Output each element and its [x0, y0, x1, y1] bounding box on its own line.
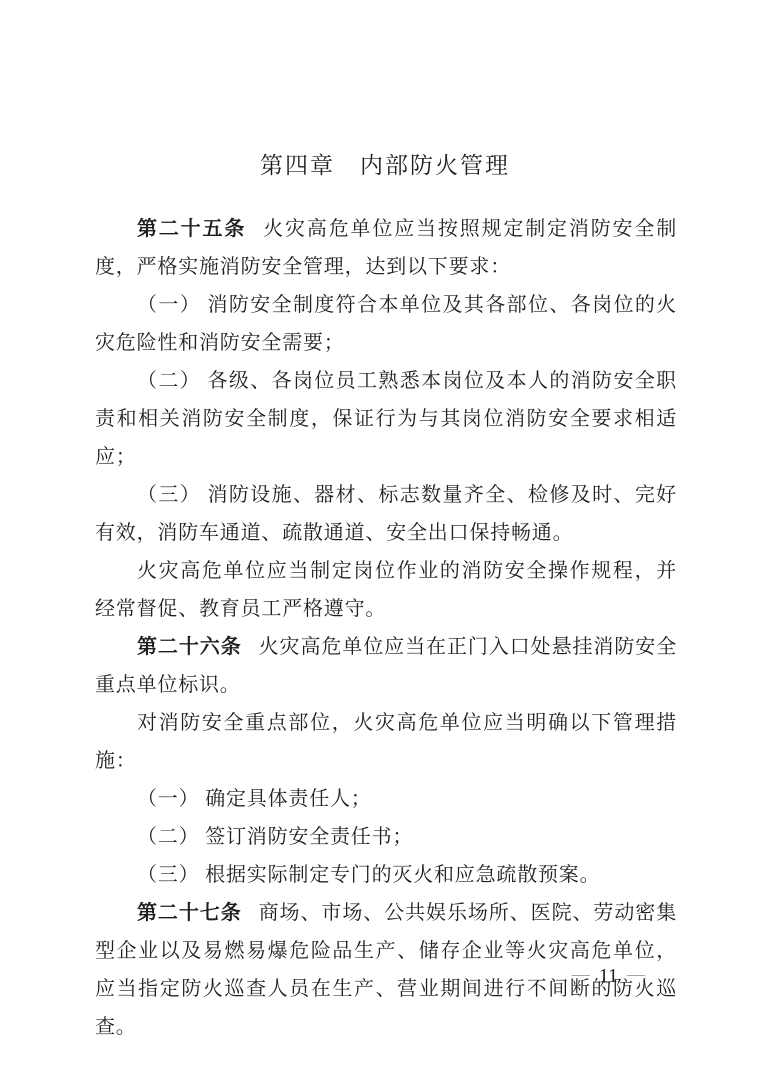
article-number: 第二十六条: [137, 636, 242, 658]
paragraph-text: （三） 消防设施、器材、标志数量齐全、检修及时、完好有效，消防车通道、疏散通道、…: [95, 484, 677, 544]
paragraph-item-3: （三） 消防设施、器材、标志数量齐全、检修及时、完好有效，消防车通道、疏散通道、…: [95, 476, 677, 552]
paragraph-measure-3: （三） 根据实际制定专门的灭火和应急疏散预案。: [95, 856, 677, 894]
paragraph-text: （一） 确定具体责任人；: [137, 788, 372, 810]
article-number: 第二十七条: [137, 902, 242, 924]
document-page: 第四章 内部防火管理 第二十五条火灾高危单位应当按照规定制定消防安全制度，严格实…: [0, 0, 770, 1089]
paragraph-key-parts: 对消防安全重点部位，火灾高危单位应当明确以下管理措施：: [95, 704, 677, 780]
paragraph-text: （二） 签订消防安全责任书；: [137, 826, 413, 848]
paragraph-text: （二） 各级、各岗位员工熟悉本岗位及本人的消防安全职责和相关消防安全制度，保证行…: [95, 370, 677, 468]
paragraph-item-2: （二） 各级、各岗位员工熟悉本岗位及本人的消防安全职责和相关消防安全制度，保证行…: [95, 362, 677, 476]
page-footer: —11—: [563, 965, 654, 988]
paragraph-article-26: 第二十六条火灾高危单位应当在正门入口处悬挂消防安全重点单位标识。: [95, 628, 677, 704]
paragraph-article-25: 第二十五条火灾高危单位应当按照规定制定消防安全制度，严格实施消防安全管理，达到以…: [95, 210, 677, 286]
paragraph-measure-2: （二） 签订消防安全责任书；: [95, 818, 677, 856]
paragraph-text: 火灾高危单位应当制定岗位作业的消防安全操作规程，并经常督促、教育员工严格遵守。: [95, 560, 677, 620]
paragraph-text: 对消防安全重点部位，火灾高危单位应当明确以下管理措施：: [95, 712, 677, 772]
paragraph-measure-1: （一） 确定具体责任人；: [95, 780, 677, 818]
document-body: 第二十五条火灾高危单位应当按照规定制定消防安全制度，严格实施消防安全管理，达到以…: [0, 210, 770, 1046]
article-number: 第二十五条: [137, 218, 246, 240]
footer-dash-right: —: [618, 964, 654, 984]
paragraph-text: （三） 根据实际制定专门的灭火和应急疏散预案。: [137, 864, 600, 886]
paragraph-item-1: （一） 消防安全制度符合本单位及其各部位、各岗位的火灾危险性和消防安全需要；: [95, 286, 677, 362]
footer-dash-left: —: [563, 964, 599, 984]
page-number: 11: [599, 965, 618, 987]
paragraph-operating-rules: 火灾高危单位应当制定岗位作业的消防安全操作规程，并经常督促、教育员工严格遵守。: [95, 552, 677, 628]
chapter-heading: 第四章 内部防火管理: [0, 0, 770, 182]
paragraph-text: （一） 消防安全制度符合本单位及其各部位、各岗位的火灾危险性和消防安全需要；: [95, 294, 677, 354]
